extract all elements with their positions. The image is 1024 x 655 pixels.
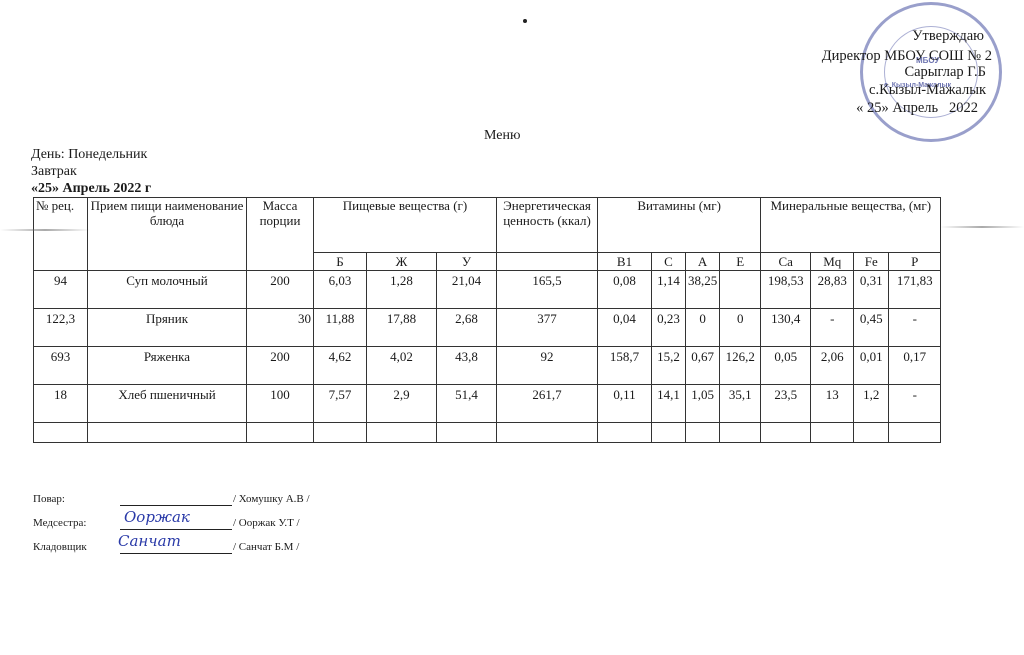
subheader-carbs: У — [437, 253, 497, 271]
cell-mg: 28,83 — [811, 271, 854, 309]
signature-handwritten-nurse: Ооржак — [124, 508, 190, 526]
scan-artifact-line — [0, 229, 90, 231]
cell-e: 0 — [720, 309, 761, 347]
cell-c: 15,2 — [652, 347, 686, 385]
cell-fe: 1,2 — [854, 385, 889, 423]
cell-no: 122,3 — [34, 309, 88, 347]
header-energy: Энергетическая ценность (ккал) — [497, 198, 598, 253]
header-nutrients: Пищевые вещества (г) — [314, 198, 497, 253]
cell-kcal: 377 — [497, 309, 598, 347]
cell-dish: Ряженка — [88, 347, 247, 385]
approval-line-5: « 25» Апрель 2022 — [856, 100, 978, 116]
meal-label: Завтрак — [31, 164, 77, 180]
cell-b1: 0,11 — [598, 385, 652, 423]
table-row: 122,3Пряник3011,8817,882,683770,040,2300… — [34, 309, 941, 347]
cell-fe: 0,31 — [854, 271, 889, 309]
subheader-ca: Ca — [761, 253, 811, 271]
cell-kcal: 92 — [497, 347, 598, 385]
table-header-row: № рец. Прием пищи наименование блюда Мас… — [34, 198, 941, 253]
cell-mass: 200 — [247, 271, 314, 309]
cell-b: 4,62 — [314, 347, 367, 385]
cell-u: 21,04 — [437, 271, 497, 309]
cell-mass: 30 — [247, 309, 314, 347]
cell-p: 171,83 — [889, 271, 941, 309]
signature-line-cook — [120, 505, 232, 506]
cell-ca: 0,05 — [761, 347, 811, 385]
header-portion: Масса порции — [247, 198, 314, 271]
cell-c: 14,1 — [652, 385, 686, 423]
cell-p: - — [889, 385, 941, 423]
signature-name-cook: / Хомушку А.В / — [233, 493, 310, 505]
header-recipe-no: № рец. — [34, 198, 88, 271]
subheader-b1: B1 — [598, 253, 652, 271]
cell-zh: 2,9 — [367, 385, 437, 423]
signature-role-nurse: Медсестра: — [33, 517, 86, 529]
signature-name-nurse: / Ооржак У.Т / — [233, 517, 300, 529]
cell-e: 126,2 — [720, 347, 761, 385]
date-label: «25» Апрель 2022 г — [31, 181, 151, 197]
cell-fe: 0,01 — [854, 347, 889, 385]
cell-kcal: 261,7 — [497, 385, 598, 423]
cell-p: 0,17 — [889, 347, 941, 385]
subheader-a: A — [686, 253, 720, 271]
cell-e — [720, 271, 761, 309]
cell-a: 0 — [686, 309, 720, 347]
page-title: Меню — [484, 128, 520, 144]
cell-b1: 158,7 — [598, 347, 652, 385]
cell-no: 693 — [34, 347, 88, 385]
signature-line-nurse — [120, 529, 232, 530]
cell-dish: Пряник — [88, 309, 247, 347]
signature-line-storekeeper — [120, 553, 232, 554]
cell-p: - — [889, 309, 941, 347]
cell-dish: Суп молочный — [88, 271, 247, 309]
cell-kcal: 165,5 — [497, 271, 598, 309]
cell-b: 11,88 — [314, 309, 367, 347]
scan-dot — [523, 19, 527, 23]
cell-mg: - — [811, 309, 854, 347]
subheader-c: C — [652, 253, 686, 271]
subheader-fat: Ж — [367, 253, 437, 271]
subheader-energy — [497, 253, 598, 271]
subheader-e: E — [720, 253, 761, 271]
subheader-mg: Mq — [811, 253, 854, 271]
cell-ca: 198,53 — [761, 271, 811, 309]
cell-mg: 2,06 — [811, 347, 854, 385]
cell-e: 35,1 — [720, 385, 761, 423]
signature-role-storekeeper: Кладовщик — [33, 541, 87, 553]
scan-artifact-line — [940, 226, 1024, 228]
cell-b1: 0,04 — [598, 309, 652, 347]
table-row: 693Ряженка2004,624,0243,892158,715,20,67… — [34, 347, 941, 385]
cell-b: 6,03 — [314, 271, 367, 309]
cell-b1: 0,08 — [598, 271, 652, 309]
table-row: 18Хлеб пшеничный1007,572,951,4261,70,111… — [34, 385, 941, 423]
cell-u: 51,4 — [437, 385, 497, 423]
cell-mg: 13 — [811, 385, 854, 423]
approval-line-1: Утверждаю — [912, 28, 984, 44]
signature-name-storekeeper: / Санчат Б.М / — [233, 541, 299, 553]
cell-ca: 23,5 — [761, 385, 811, 423]
cell-no: 18 — [34, 385, 88, 423]
header-dish: Прием пищи наименование блюда — [88, 198, 247, 271]
cell-fe: 0,45 — [854, 309, 889, 347]
cell-zh: 4,02 — [367, 347, 437, 385]
subheader-protein: Б — [314, 253, 367, 271]
subheader-p: P — [889, 253, 941, 271]
cell-c: 1,14 — [652, 271, 686, 309]
table-row: 94Суп молочный2006,031,2821,04165,50,081… — [34, 271, 941, 309]
approval-line-4: с.Кызыл-Мажалык — [869, 82, 986, 98]
menu-table: № рец. Прием пищи наименование блюда Мас… — [33, 197, 941, 443]
signature-handwritten-storekeeper: Санчат — [118, 532, 181, 550]
cell-mass: 100 — [247, 385, 314, 423]
cell-no: 94 — [34, 271, 88, 309]
cell-zh: 17,88 — [367, 309, 437, 347]
cell-c: 0,23 — [652, 309, 686, 347]
header-minerals: Минеральные вещества, (мг) — [761, 198, 941, 253]
approval-line-3: Сарыглар Г.Б — [904, 64, 986, 80]
cell-ca: 130,4 — [761, 309, 811, 347]
cell-dish: Хлеб пшеничный — [88, 385, 247, 423]
cell-u: 43,8 — [437, 347, 497, 385]
day-label: День: Понедельник — [31, 147, 147, 163]
cell-b: 7,57 — [314, 385, 367, 423]
cell-a: 38,25 — [686, 271, 720, 309]
header-vitamins: Витамины (мг) — [598, 198, 761, 253]
cell-mass: 200 — [247, 347, 314, 385]
cell-zh: 1,28 — [367, 271, 437, 309]
table-empty-row — [34, 423, 941, 443]
signature-role-cook: Повар: — [33, 493, 65, 505]
approval-line-2: Директор МБОУ СОШ № 2 — [822, 48, 992, 64]
cell-a: 1,05 — [686, 385, 720, 423]
cell-u: 2,68 — [437, 309, 497, 347]
subheader-fe: Fe — [854, 253, 889, 271]
cell-a: 0,67 — [686, 347, 720, 385]
